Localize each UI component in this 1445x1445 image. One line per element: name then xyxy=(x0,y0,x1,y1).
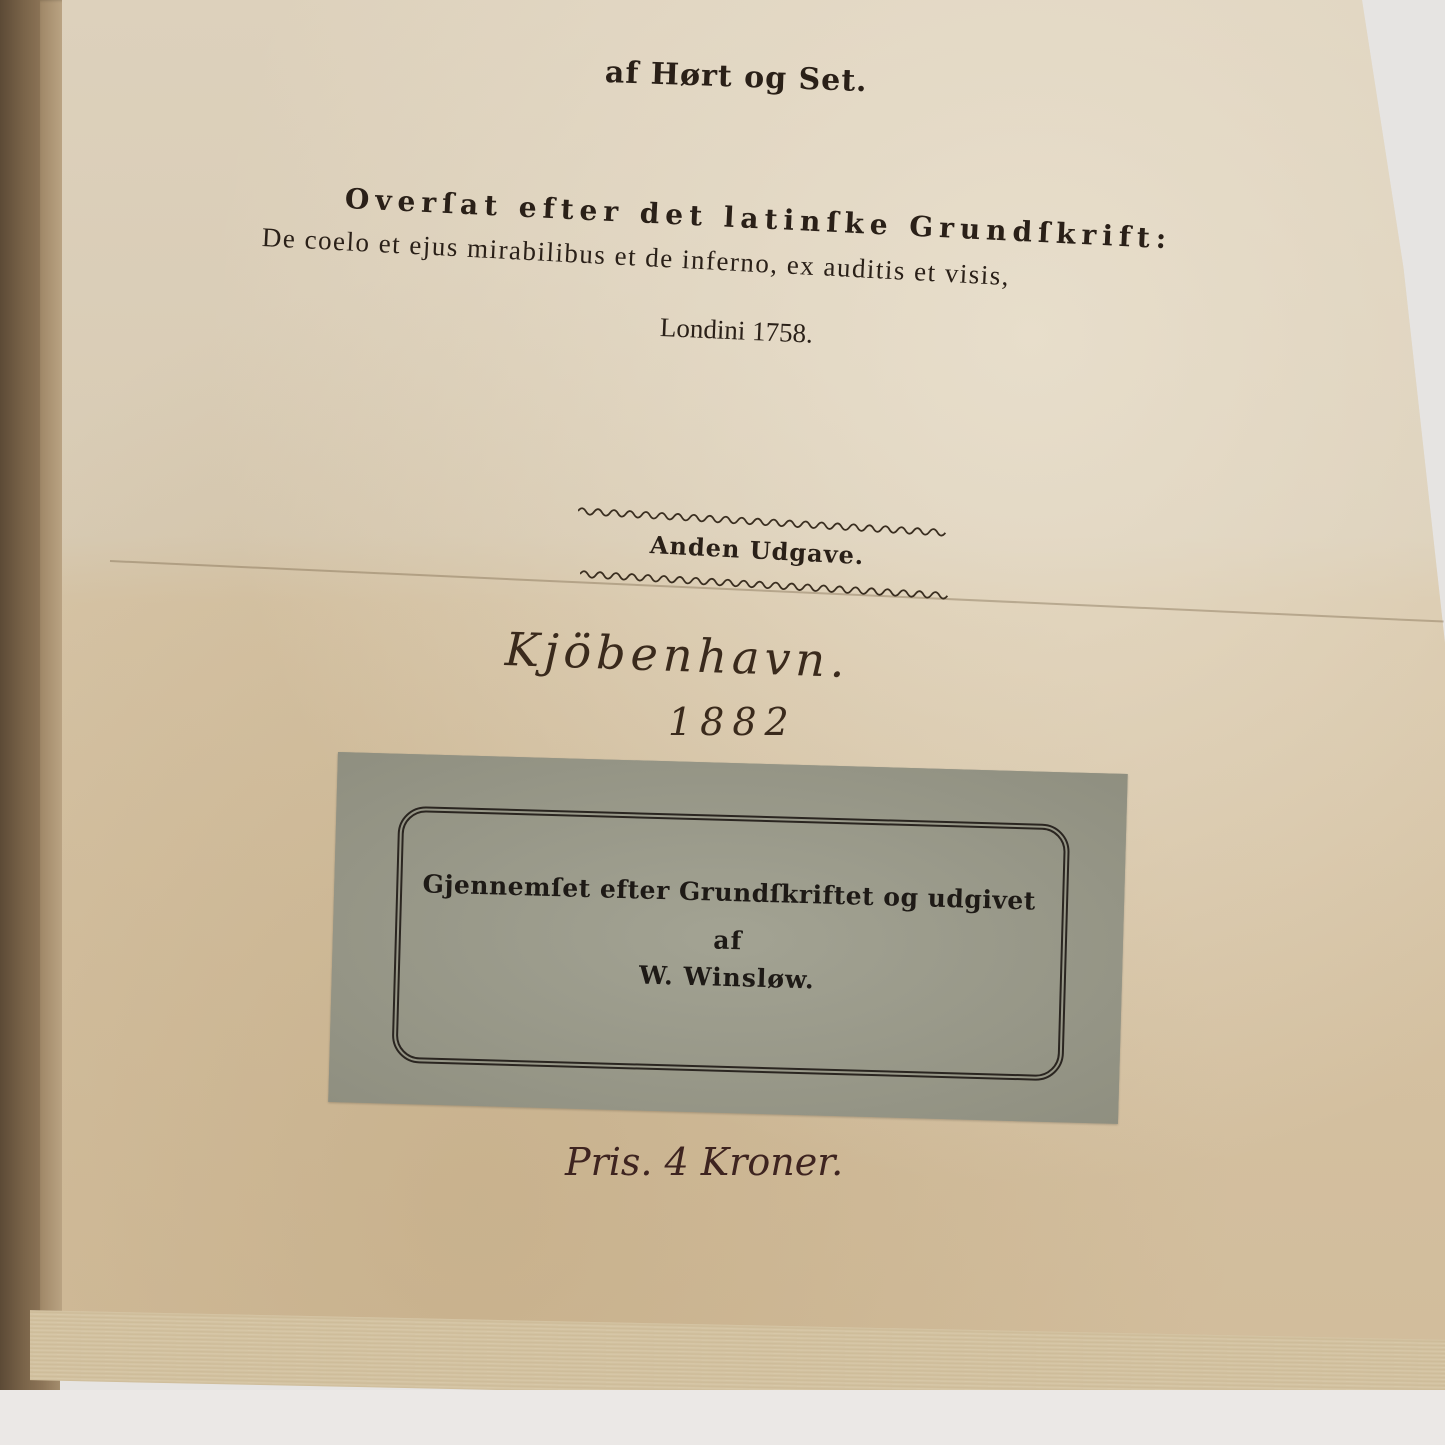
handwritten-price: Pris. 4 Kroner. xyxy=(565,1140,843,1184)
handwritten-year: 1882 xyxy=(668,700,797,744)
translation-line-3: Londini 1758. xyxy=(659,312,813,350)
pasted-publisher-label: Gjennemſet efter Grundſkriftet og udgive… xyxy=(328,752,1127,1124)
table-surface xyxy=(0,1390,1445,1445)
photo-background: af Hørt og Set. Overſat efter det latinſ… xyxy=(0,0,1445,1445)
